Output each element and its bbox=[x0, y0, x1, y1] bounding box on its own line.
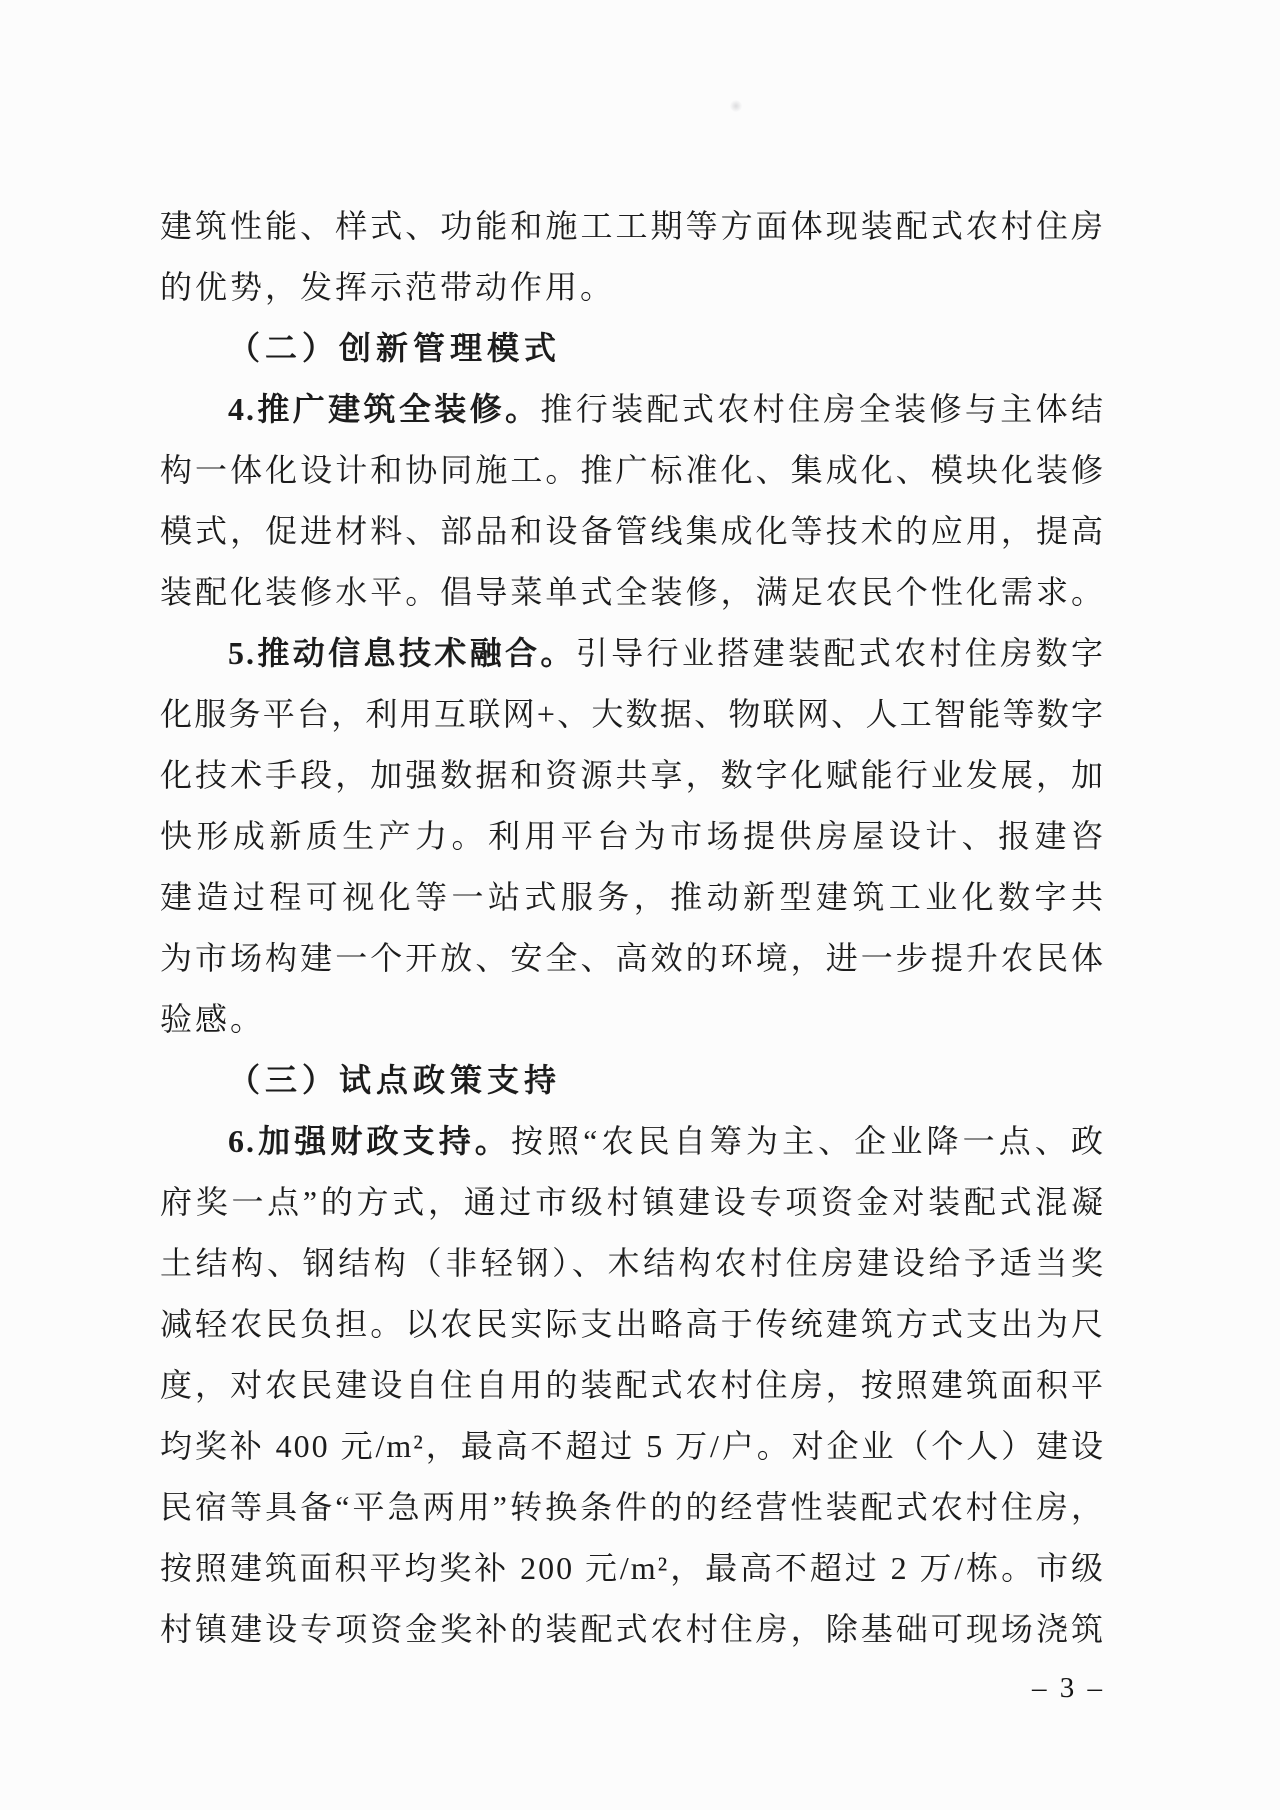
text-segment: 按照“农民自筹为主、企业降一点、政 bbox=[511, 1123, 1105, 1159]
text-line: 的优势，发挥示范带动作用。 bbox=[160, 257, 1105, 318]
scan-artifact bbox=[730, 100, 742, 112]
text-line: 村镇建设专项资金奖补的装配式农村住房，除基础可现场浇筑 bbox=[160, 1599, 1105, 1660]
text-line: 化服务平台，利用互联网+、大数据、物联网、人工智能等数字 bbox=[160, 684, 1105, 745]
text-line: 化技术手段，加强数据和资源共享，数字化赋能行业发展，加 bbox=[160, 745, 1105, 806]
text-segment: 建筑性能、样式、功能和施工工期等方面体现装配式农村住房 bbox=[160, 208, 1105, 244]
text-segment: 的优势，发挥示范带动作用。 bbox=[160, 269, 615, 305]
text-line: 建造过程可视化等一站式服务，推动新型建筑工业化数字共享， bbox=[160, 867, 1105, 928]
text-line: 5.推动信息技术融合。引导行业搭建装配式农村住房数字 bbox=[160, 623, 1105, 684]
text-segment: 土结构、钢结构（非轻钢）、木结构农村住房建设给予适当奖补， bbox=[160, 1245, 1105, 1294]
text-segment: 验感。 bbox=[160, 1001, 265, 1037]
text-segment: 为市场构建一个开放、安全、高效的环境，进一步提升农民体 bbox=[160, 940, 1105, 976]
text-line: 府奖一点”的方式，通过市级村镇建设专项资金对装配式混凝 bbox=[160, 1172, 1105, 1233]
text-segment: 化技术手段，加强数据和资源共享，数字化赋能行业发展，加 bbox=[160, 757, 1105, 793]
text-line: 构一体化设计和协同施工。推广标准化、集成化、模块化装修 bbox=[160, 440, 1105, 501]
text-line: 装配化装修水平。倡导菜单式全装修，满足农民个性化需求。 bbox=[160, 562, 1105, 623]
text-segment: 均奖补 400 元/m²，最高不超过 5 万/户。对企业（个人）建设 bbox=[160, 1428, 1105, 1464]
bold-text-segment: 6.加强财政支持。 bbox=[228, 1123, 511, 1159]
text-segment: 装配化装修水平。倡导菜单式全装修，满足农民个性化需求。 bbox=[160, 574, 1105, 610]
section-heading: （二）创新管理模式 bbox=[160, 318, 1105, 379]
text-line: 6.加强财政支持。按照“农民自筹为主、企业降一点、政 bbox=[160, 1111, 1105, 1172]
text-segment: 引导行业搭建装配式农村住房数字 bbox=[576, 635, 1105, 671]
text-line: 为市场构建一个开放、安全、高效的环境，进一步提升农民体 bbox=[160, 928, 1105, 989]
text-line: 度，对农民建设自住自用的装配式农村住房，按照建筑面积平 bbox=[160, 1355, 1105, 1416]
text-segment: 府奖一点”的方式，通过市级村镇建设专项资金对装配式混凝 bbox=[160, 1184, 1105, 1220]
text-segment: 化服务平台，利用互联网+、大数据、物联网、人工智能等数字 bbox=[160, 696, 1105, 732]
text-line: 民宿等具备“平急两用”转换条件的的经营性装配式农村住房， bbox=[160, 1477, 1105, 1538]
page-number: – 3 – bbox=[1032, 1668, 1105, 1708]
text-segment: 度，对农民建设自住自用的装配式农村住房，按照建筑面积平 bbox=[160, 1367, 1105, 1403]
text-line: 土结构、钢结构（非轻钢）、木结构农村住房建设给予适当奖补， bbox=[160, 1233, 1105, 1294]
text-segment: 村镇建设专项资金奖补的装配式农村住房，除基础可现场浇筑 bbox=[160, 1611, 1105, 1647]
document-body: 建筑性能、样式、功能和施工工期等方面体现装配式农村住房的优势，发挥示范带动作用。… bbox=[160, 196, 1105, 1660]
text-line: 建筑性能、样式、功能和施工工期等方面体现装配式农村住房 bbox=[160, 196, 1105, 257]
text-segment: 推行装配式农村住房全装修与主体结 bbox=[540, 391, 1105, 427]
text-line: 按照建筑面积平均奖补 200 元/m²，最高不超过 2 万/栋。市级 bbox=[160, 1538, 1105, 1599]
text-line: 均奖补 400 元/m²，最高不超过 5 万/户。对企业（个人）建设 bbox=[160, 1416, 1105, 1477]
document-page: 建筑性能、样式、功能和施工工期等方面体现装配式农村住房的优势，发挥示范带动作用。… bbox=[0, 0, 1280, 1810]
text-segment: 构一体化设计和协同施工。推广标准化、集成化、模块化装修 bbox=[160, 452, 1105, 488]
text-line: 快形成新质生产力。利用平台为市场提供房屋设计、报建咨询、 bbox=[160, 806, 1105, 867]
bold-text-segment: （二）创新管理模式 bbox=[228, 330, 561, 366]
text-segment: 按照建筑面积平均奖补 200 元/m²，最高不超过 2 万/栋。市级 bbox=[160, 1550, 1105, 1586]
text-line: 模式，促进材料、部品和设备管线集成化等技术的应用，提高 bbox=[160, 501, 1105, 562]
section-heading: （三）试点政策支持 bbox=[160, 1050, 1105, 1111]
text-line: 减轻农民负担。以农民实际支出略高于传统建筑方式支出为尺 bbox=[160, 1294, 1105, 1355]
text-line: 验感。 bbox=[160, 989, 1105, 1050]
text-line: 4.推广建筑全装修。推行装配式农村住房全装修与主体结 bbox=[160, 379, 1105, 440]
text-segment: 减轻农民负担。以农民实际支出略高于传统建筑方式支出为尺 bbox=[160, 1306, 1105, 1342]
text-segment: 建造过程可视化等一站式服务，推动新型建筑工业化数字共享， bbox=[160, 879, 1105, 928]
bold-text-segment: （三）试点政策支持 bbox=[228, 1062, 561, 1098]
text-segment: 快形成新质生产力。利用平台为市场提供房屋设计、报建咨询、 bbox=[160, 818, 1105, 867]
text-segment: 民宿等具备“平急两用”转换条件的的经营性装配式农村住房， bbox=[160, 1489, 1105, 1525]
bold-text-segment: 5.推动信息技术融合。 bbox=[228, 635, 576, 671]
bold-text-segment: 4.推广建筑全装修。 bbox=[228, 391, 540, 427]
text-segment: 模式，促进材料、部品和设备管线集成化等技术的应用，提高 bbox=[160, 513, 1105, 549]
